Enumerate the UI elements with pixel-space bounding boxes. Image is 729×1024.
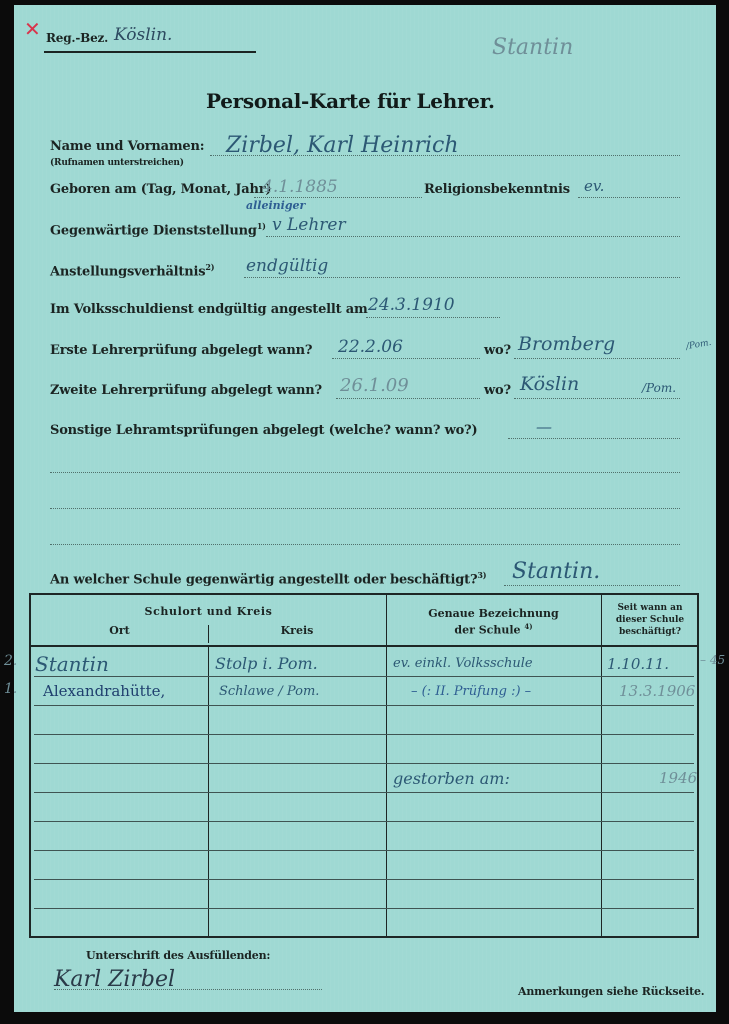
school-history-table: Schulort und Kreis Ort Kreis Genaue Beze… (29, 593, 699, 938)
other-exams-value: — (536, 417, 552, 436)
header-bezeichnung-footnote: 4) (524, 622, 532, 631)
header-rule (31, 645, 697, 647)
blank-line-2 (50, 508, 680, 509)
name-value: Zirbel, Karl Heinrich (226, 133, 459, 158)
row2-bezeichnung: – (: II. Prüfung :) – (411, 684, 531, 699)
reg-bez-label: Reg.-Bez. (46, 31, 108, 45)
first-exam-where-suffix: /Pom. (685, 338, 712, 352)
row1-margin-number: 2. (4, 653, 17, 669)
current-school-line (504, 585, 680, 586)
other-exams-label: Sonstige Lehramtsprüfungen abgelegt (wel… (50, 423, 477, 438)
signature-label: Unterschrift des Ausfüllenden: (86, 949, 270, 962)
employment-label-text: Anstellungsverhältnis (50, 264, 205, 279)
born-label: Geboren am (Tag, Monat, Jahr) (50, 182, 271, 197)
position-label: Gegenwärtige Dienststellung1) (50, 221, 266, 238)
first-exam-value: 22.2.06 (338, 337, 403, 357)
header-schulort-kreis: Schulort und Kreis (31, 605, 386, 618)
row2-kreis: Schlawe / Pom. (219, 684, 319, 699)
position-footnote: 1) (257, 221, 266, 231)
first-exam-where-line (514, 358, 680, 359)
row-rule (34, 705, 694, 706)
employment-line (244, 277, 680, 278)
second-exam-where-label: wo? (484, 383, 511, 398)
row-rule (34, 734, 694, 735)
employment-footnote: 2) (205, 262, 214, 272)
signature-value: Karl Zirbel (54, 967, 175, 992)
religion-label: Religionsbekenntnis (424, 182, 570, 197)
first-exam-where-value: Bromberg (518, 333, 615, 355)
col-divider (208, 645, 209, 936)
header-kreis: Kreis (208, 624, 386, 637)
current-school-label-text: An welcher Schule gegenwärtig angestellt… (50, 572, 477, 587)
row2-ort: Alexandrahütte, (43, 682, 165, 700)
header-seit-2: dieser Schule (601, 615, 699, 625)
header-bezeichnung: Genaue Bezeichnung (386, 607, 601, 620)
row1-seit: 1.10.11. (607, 655, 669, 673)
second-exam-label: Zweite Lehrerprüfung abgelegt wann? (50, 383, 322, 398)
religion-line (578, 197, 680, 198)
row5-seit: 1946 (659, 769, 697, 787)
row-rule (34, 676, 694, 677)
position-label-text: Gegenwärtige Dienststellung (50, 223, 257, 238)
personnel-card: ✕ Reg.-Bez. Köslin. Stantin Personal-Kar… (14, 5, 716, 1012)
top-right-note: Stantin (492, 35, 573, 60)
row2-seit: 13.3.1906 (619, 682, 695, 700)
name-sublabel: (Rufnamen unterstreichen) (50, 158, 184, 168)
current-school-value: Stantin. (512, 559, 600, 584)
volksschuldienst-line (366, 317, 500, 318)
row-rule (34, 879, 694, 880)
header-bezeichnung-2: der Schule 4) (386, 622, 601, 637)
row1-bezeichnung: ev. einkl. Volksschule (393, 656, 533, 671)
reg-bez-value: Köslin. (114, 25, 172, 45)
first-exam-line (332, 358, 480, 359)
red-x-mark-icon: ✕ (24, 17, 41, 41)
header-bezeichnung-2-text: der Schule (454, 624, 520, 637)
row-rule (34, 908, 694, 909)
volksschuldienst-label: Im Volksschuldienst endgültig angestellt… (50, 302, 368, 317)
footer-note: Anmerkungen siehe Rückseite. (518, 985, 704, 998)
first-exam-label: Erste Lehrerprüfung abgelegt wann? (50, 343, 312, 358)
reg-bez-underline (44, 51, 256, 53)
blank-line-3 (50, 544, 680, 545)
second-exam-line (336, 398, 480, 399)
current-school-label: An welcher Schule gegenwärtig angestellt… (50, 570, 486, 587)
second-exam-where-suffix: /Pom. (642, 381, 676, 395)
row5-bezeichnung: gestorben am: (393, 769, 510, 788)
religion-value: ev. (584, 177, 604, 195)
second-exam-where-line (514, 398, 680, 399)
second-exam-where-value: Köslin (520, 373, 579, 395)
employment-label: Anstellungsverhältnis2) (50, 262, 214, 279)
blank-line-1 (50, 472, 680, 473)
row1-ort: Stantin (35, 652, 109, 676)
employment-value: endgültig (246, 256, 328, 276)
born-line (254, 197, 422, 198)
row-rule (34, 763, 694, 764)
row2-margin-number: 1. (4, 681, 17, 697)
row-rule (34, 850, 694, 851)
card-title: Personal-Karte für Lehrer. (206, 89, 495, 113)
current-school-footnote: 3) (477, 570, 486, 580)
position-annotation: alleiniger (246, 199, 305, 212)
other-exams-line (508, 438, 680, 439)
header-ort: Ort (31, 624, 208, 637)
position-value: v Lehrer (272, 215, 346, 235)
header-seit-1: Seit wann an (601, 603, 699, 613)
row-rule (34, 792, 694, 793)
row1-seit-note: – 45 (700, 653, 725, 667)
row1-kreis: Stolp i. Pom. (215, 654, 318, 673)
second-exam-value: 26.1.09 (340, 375, 409, 396)
row-rule (34, 821, 694, 822)
volksschuldienst-value: 24.3.1910 (368, 295, 455, 315)
first-exam-where-label: wo? (484, 343, 511, 358)
position-line (266, 236, 680, 237)
header-seit-3: beschäftigt? (601, 627, 699, 637)
born-value: 4.1.1885 (262, 177, 338, 197)
name-label: Name und Vornamen: (50, 139, 204, 154)
